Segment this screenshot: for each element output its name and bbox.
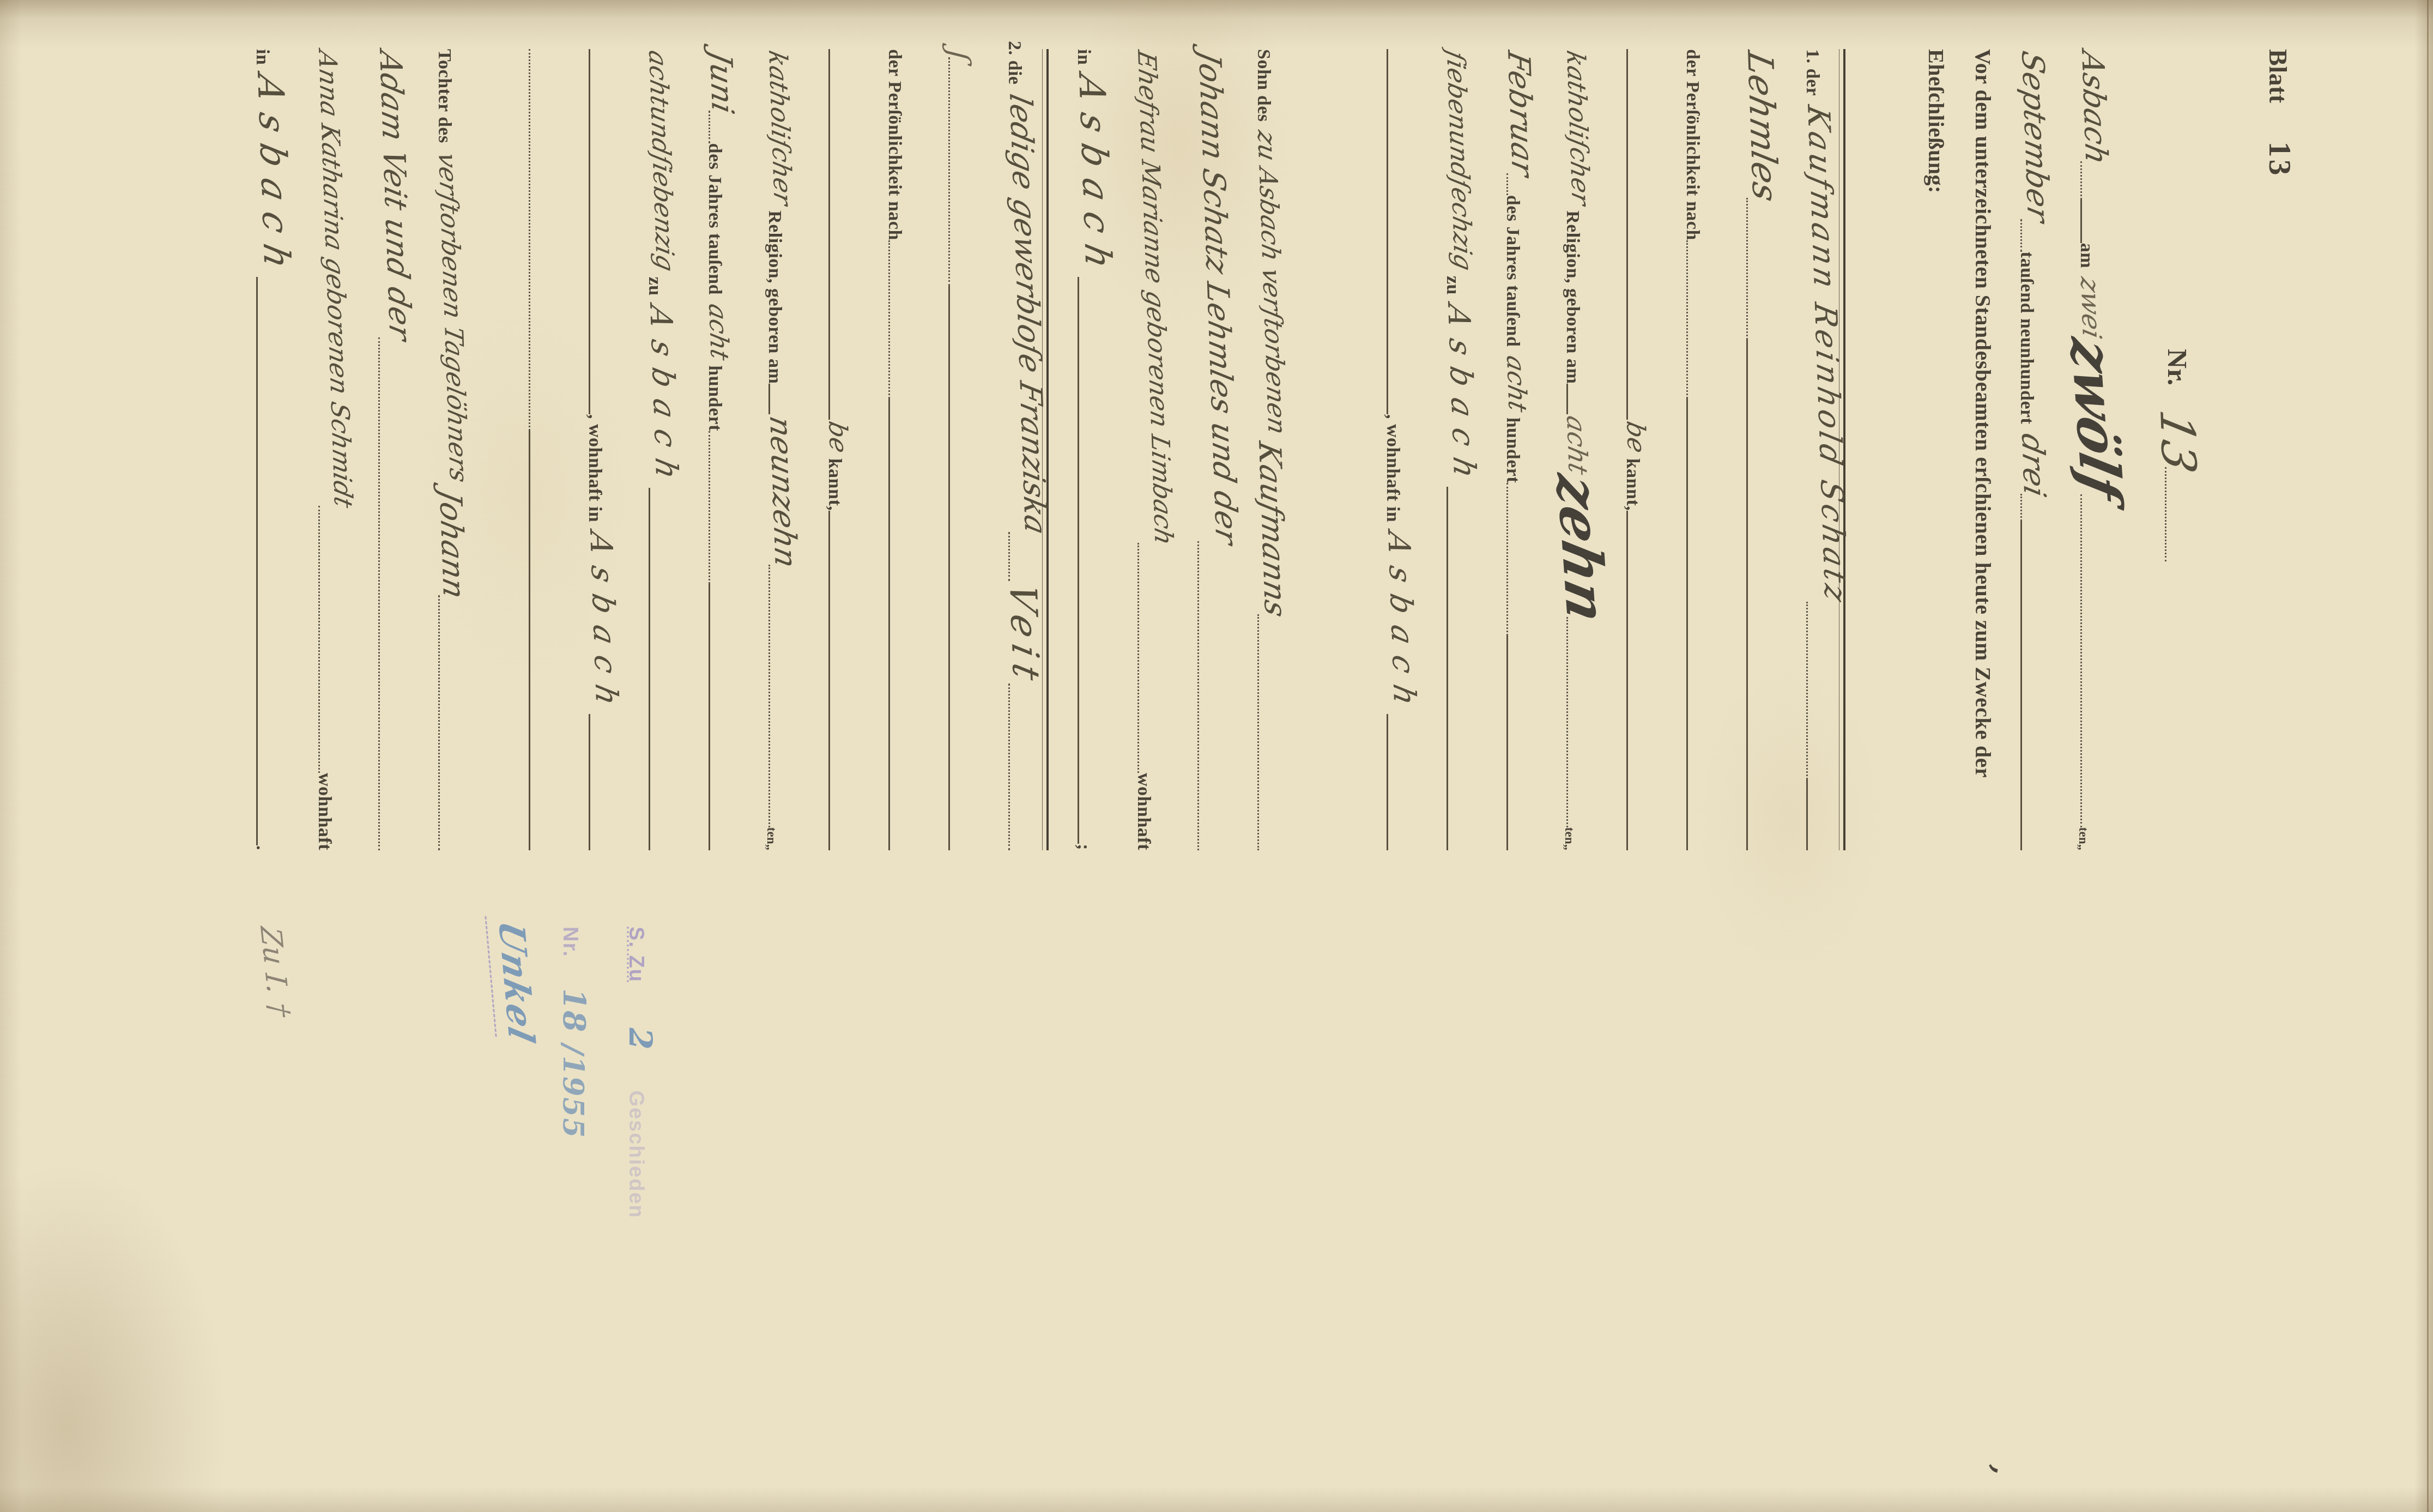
blatt-block: Blatt 13	[2264, 49, 2296, 178]
tochter-wohnort-entry: Asbach	[255, 72, 291, 283]
intro-line-2: Eheſchließung:	[1925, 49, 1947, 193]
groom-religion-entry: katholiſcher	[1565, 49, 1591, 207]
stamp-row-2: Nr. 18 /1955	[556, 927, 592, 1139]
tochter-line1b: Johann	[437, 488, 465, 601]
bride-name-row-2: ʃ	[944, 49, 1001, 850]
bride-blank-row	[524, 49, 582, 850]
groom-tausend-entry: acht	[1505, 354, 1528, 414]
solid-leader	[589, 49, 590, 414]
blatt-number: 13	[2262, 142, 2298, 178]
son-row-1: Sohn des zu Asbach verſtorbenen Kaufmann…	[1253, 49, 1310, 850]
solid-leader	[1387, 714, 1388, 850]
solid-leader	[768, 384, 770, 414]
solid-leader	[709, 584, 710, 850]
solid-leader	[1506, 636, 1508, 850]
dotted-leader	[529, 49, 530, 431]
groom-identity-row: der Perſönlichkeit nach	[1682, 49, 1739, 850]
solid-leader	[1686, 398, 1688, 850]
bride-tag-entry: neunzehn	[767, 414, 797, 570]
solid-leader	[828, 49, 830, 420]
page-edge-line	[2427, 0, 2429, 1512]
groom-residence-row: , wohnhaft in Asbach	[1382, 49, 1439, 850]
bride-bekannt-row: be kannt,	[824, 49, 881, 850]
stamp-signature-row: Unkel	[491, 921, 536, 1042]
dotted-leader	[2080, 161, 2082, 199]
dotted-leader	[1506, 483, 1508, 636]
sohn-line1: zu Asbach verſtorbenen	[1256, 129, 1287, 436]
bride-persoenlichkeit-label: der Perſönlichkeit nach	[885, 49, 904, 240]
blatt-label: Blatt	[2264, 49, 2292, 104]
tochter-line3: Anna Katharina geborenen Schmidt	[317, 49, 353, 510]
dotted-leader	[1257, 614, 1259, 850]
son-row-2: Johann Schatz Lehmles und der	[1193, 49, 1250, 850]
groom-wohnhaft-label: , wohnhaft in	[1383, 414, 1402, 522]
groom-desjahres-label: des Jahres tauſend	[1503, 195, 1522, 347]
solid-leader	[1566, 384, 1568, 414]
solid-leader	[1447, 487, 1448, 850]
sohn-line1b: Kaufmanns	[1256, 440, 1287, 619]
ink-mark: ,	[1983, 1462, 2030, 1483]
dotted-leader	[2020, 219, 2022, 252]
bride-wohnhaft-label: , wohnhaft in	[585, 414, 604, 522]
tausend-neunhundert-label: tauſend neunhundert	[2017, 252, 2036, 425]
bride-monat-entry: Juni	[707, 49, 734, 116]
groom-number-label: 1. der	[1803, 49, 1821, 96]
bride-flourish: ʃ	[947, 49, 971, 62]
bride-geburtsort-entry: Asbach	[647, 304, 679, 493]
groom-kannt-label: kannt,	[1623, 458, 1642, 511]
nr-value: 13	[2157, 408, 2197, 475]
stamp-label-1: S. Zu	[625, 927, 647, 983]
groom-wohnort-entry: Asbach	[1385, 530, 1417, 719]
solid-leader	[948, 286, 950, 850]
groom-be-entry: be	[1625, 420, 1647, 455]
groom-tag-bold: zehn	[1554, 472, 1609, 626]
dotted-leader	[709, 431, 710, 584]
bride-birthyear-row: Juni des Jahres tauſend acht hundert	[704, 49, 761, 850]
bride-religion-label: Religion, geboren am	[765, 210, 784, 384]
dotted-leader	[1197, 541, 1199, 850]
sohn-line2: Johann Schatz Lehmles und der	[1196, 49, 1238, 546]
bride-religion-entry: katholiſcher	[767, 49, 793, 207]
groom-name-row-1: 1. der Kaufmann Reinhold Schatz	[1802, 49, 1859, 850]
tag-entry-bold: zwölf	[2068, 336, 2124, 503]
am-label: am	[2077, 243, 2096, 268]
groom-name-line2: Lehmles	[1745, 49, 1778, 204]
solid-leader	[1387, 49, 1388, 414]
groom-jahr-entry: ſiebenundſechzig	[1445, 49, 1473, 273]
sohn-satzzeichen: ;	[1074, 844, 1093, 850]
rotated-wrapper: Blatt 13 Nr. 13 Asbach am zwei zwölf ten…	[0, 0, 2433, 1512]
solid-leader	[649, 488, 650, 851]
groom-tag-light: acht	[1565, 414, 1588, 476]
jahr-entry: drei	[2019, 432, 2046, 499]
tochter-wohnhaft-label: wohnhaft	[315, 773, 334, 850]
groom-ten-label: ten„	[1563, 827, 1576, 850]
bride-residence-row: , wohnhaft in Asbach	[584, 49, 641, 850]
pencil-note: Zu I. †	[253, 926, 296, 1018]
date-place-row: Asbach am zwei zwölf ten„	[2076, 49, 2133, 850]
daughter-row-4: in Asbach .	[252, 49, 309, 850]
bride-identity-row: der Perſönlichkeit nach	[884, 49, 941, 850]
solid-leader	[1806, 779, 1808, 850]
dotted-leader	[1137, 543, 1139, 773]
tag-entry-light: zwei	[2079, 276, 2103, 340]
bride-ten-label: ten„	[765, 827, 778, 850]
dotted-leader	[768, 565, 770, 827]
solid-leader	[1626, 511, 1628, 850]
signature-scrawl: Unkel	[485, 916, 542, 1047]
bride-zu-label: zu	[645, 277, 664, 296]
bride-kannt-label: kannt,	[825, 458, 844, 511]
monat-entry: September	[2019, 49, 2050, 224]
sohn-line3: Ehefrau Marianne geborenen Limbach	[1136, 49, 1174, 547]
solid-leader	[1078, 277, 1079, 844]
bride-be-entry: be	[827, 420, 849, 455]
solid-leader	[828, 511, 830, 850]
stamp-value-2: 18	[556, 988, 592, 1033]
solid-leader	[589, 714, 590, 850]
dotted-leader	[1806, 602, 1808, 779]
dotted-leader	[2080, 494, 2082, 827]
stamp-value-1: 2	[622, 1027, 659, 1050]
solid-leader	[1626, 49, 1628, 420]
tochter-label: Tochter des	[435, 49, 453, 143]
dotted-leader	[709, 111, 710, 143]
daughter-row-3: Anna Katharina geborenen Schmidt wohnhaf…	[314, 49, 371, 850]
groom-name-row-2: Lehmles	[1742, 49, 1799, 850]
groom-birthyear-row: Februar des Jahres tauſend acht hundert	[1502, 49, 1559, 850]
register-page: Blatt 13 Nr. 13 Asbach am zwei zwölf ten…	[0, 0, 2433, 1512]
stamp-geschieden-label: Geschieden	[625, 1090, 647, 1218]
groom-religion-row: katholiſcher Religion, geboren am acht z…	[1562, 49, 1619, 850]
bride-name-line2: Veit	[1007, 581, 1040, 690]
sohn-wohnort-entry: Asbach	[1076, 72, 1112, 283]
dotted-leader	[948, 57, 950, 286]
bride-name-row-1: 2. die ledige gewerbloſe Franziska Veit	[1004, 41, 1061, 850]
dotted-leader	[378, 337, 380, 850]
ten-label: ten„	[2077, 827, 2090, 850]
stamp-row-1: S. Zu 2 Geschieden	[622, 927, 659, 1219]
dotted-leader	[2165, 467, 2166, 561]
sohn-label: Sohn des	[1254, 49, 1273, 122]
dotted-leader	[438, 595, 440, 850]
dotted-leader	[1686, 240, 1688, 398]
bride-desjahres-label: des Jahres tauſend	[705, 143, 724, 295]
intro-line-1: Vor dem unterzeichneten Standesbeamten e…	[1972, 49, 1994, 778]
groom-geburtsort-entry: Asbach	[1445, 303, 1476, 492]
groom-name-line1: Kaufmann Reinhold Schatz	[1805, 104, 1847, 607]
bride-jahr-entry: achtundſiebenzig	[647, 49, 675, 273]
dotted-leader	[1746, 198, 1748, 340]
dotted-leader	[1566, 617, 1568, 827]
groom-bekannt-row: be kannt,	[1622, 49, 1679, 850]
nr-label: Nr.	[2164, 349, 2191, 386]
bride-birthplace-row: achtundſiebenzig zu Asbach	[644, 49, 701, 850]
nr-row: Nr. 13	[2160, 349, 2253, 561]
groom-monat-entry: Februar	[1505, 49, 1534, 178]
solid-leader	[1746, 340, 1748, 850]
son-row-3: Ehefrau Marianne geborenen Limbach wohnh…	[1133, 49, 1190, 850]
tochter-line1: verſtorbenen Tagelöhners	[437, 151, 469, 484]
groom-birthplace-row: ſiebenundſechzig zu Asbach	[1442, 49, 1499, 850]
dotted-leader	[1008, 532, 1010, 581]
daughter-row-1: Tochter des verſtorbenen Tagelöhners Joh…	[434, 49, 491, 850]
groom-persoenlichkeit-label: der Perſönlichkeit nach	[1683, 49, 1702, 240]
bride-religion-row: katholiſcher Religion, geboren am neunze…	[764, 49, 821, 850]
date-year-row: September tauſend neunhundert drei	[2016, 49, 2073, 850]
solid-leader	[256, 277, 258, 845]
sohn-in-label: in	[1074, 49, 1093, 65]
dotted-leader	[318, 506, 320, 773]
solid-leader	[888, 398, 890, 850]
dotted-leader	[1008, 684, 1010, 850]
tochter-in-label: in	[253, 49, 271, 65]
bride-hundert-label: hundert	[705, 365, 724, 431]
dotted-leader	[888, 240, 890, 398]
sohn-wohnhaft-label: wohnhaft	[1134, 773, 1153, 850]
bride-wohnort-entry: Asbach	[588, 530, 619, 719]
solid-leader	[2020, 521, 2022, 850]
stamp-year: /1955	[556, 1044, 590, 1139]
ort-entry: Asbach	[2079, 49, 2108, 166]
solid-leader	[2080, 199, 2082, 243]
groom-hundert-label: hundert	[1503, 418, 1522, 483]
stamp-label-2: Nr.	[559, 927, 582, 958]
groom-religion-label: Religion, geboren am	[1563, 210, 1582, 384]
dotted-leader	[2020, 494, 2022, 521]
daughter-row-2: Adam Veit und der	[374, 49, 431, 850]
groom-zu-label: zu	[1443, 276, 1462, 295]
scan-root: { "seite": { "blatt_label": "Blatt", "bl…	[0, 0, 2433, 1512]
son-row-4: in Asbach ;	[1073, 49, 1130, 850]
bride-number-label: 2. die	[1005, 41, 1024, 84]
dotted-leader	[1506, 173, 1508, 195]
tochter-line2: Adam Veit und der	[377, 49, 412, 342]
solid-leader	[529, 431, 530, 850]
bride-name-line1: ledige gewerbloſe Franziska	[1007, 92, 1047, 536]
bride-tausend-entry: acht	[707, 303, 730, 362]
tochter-satzzeichen: .	[253, 845, 271, 850]
